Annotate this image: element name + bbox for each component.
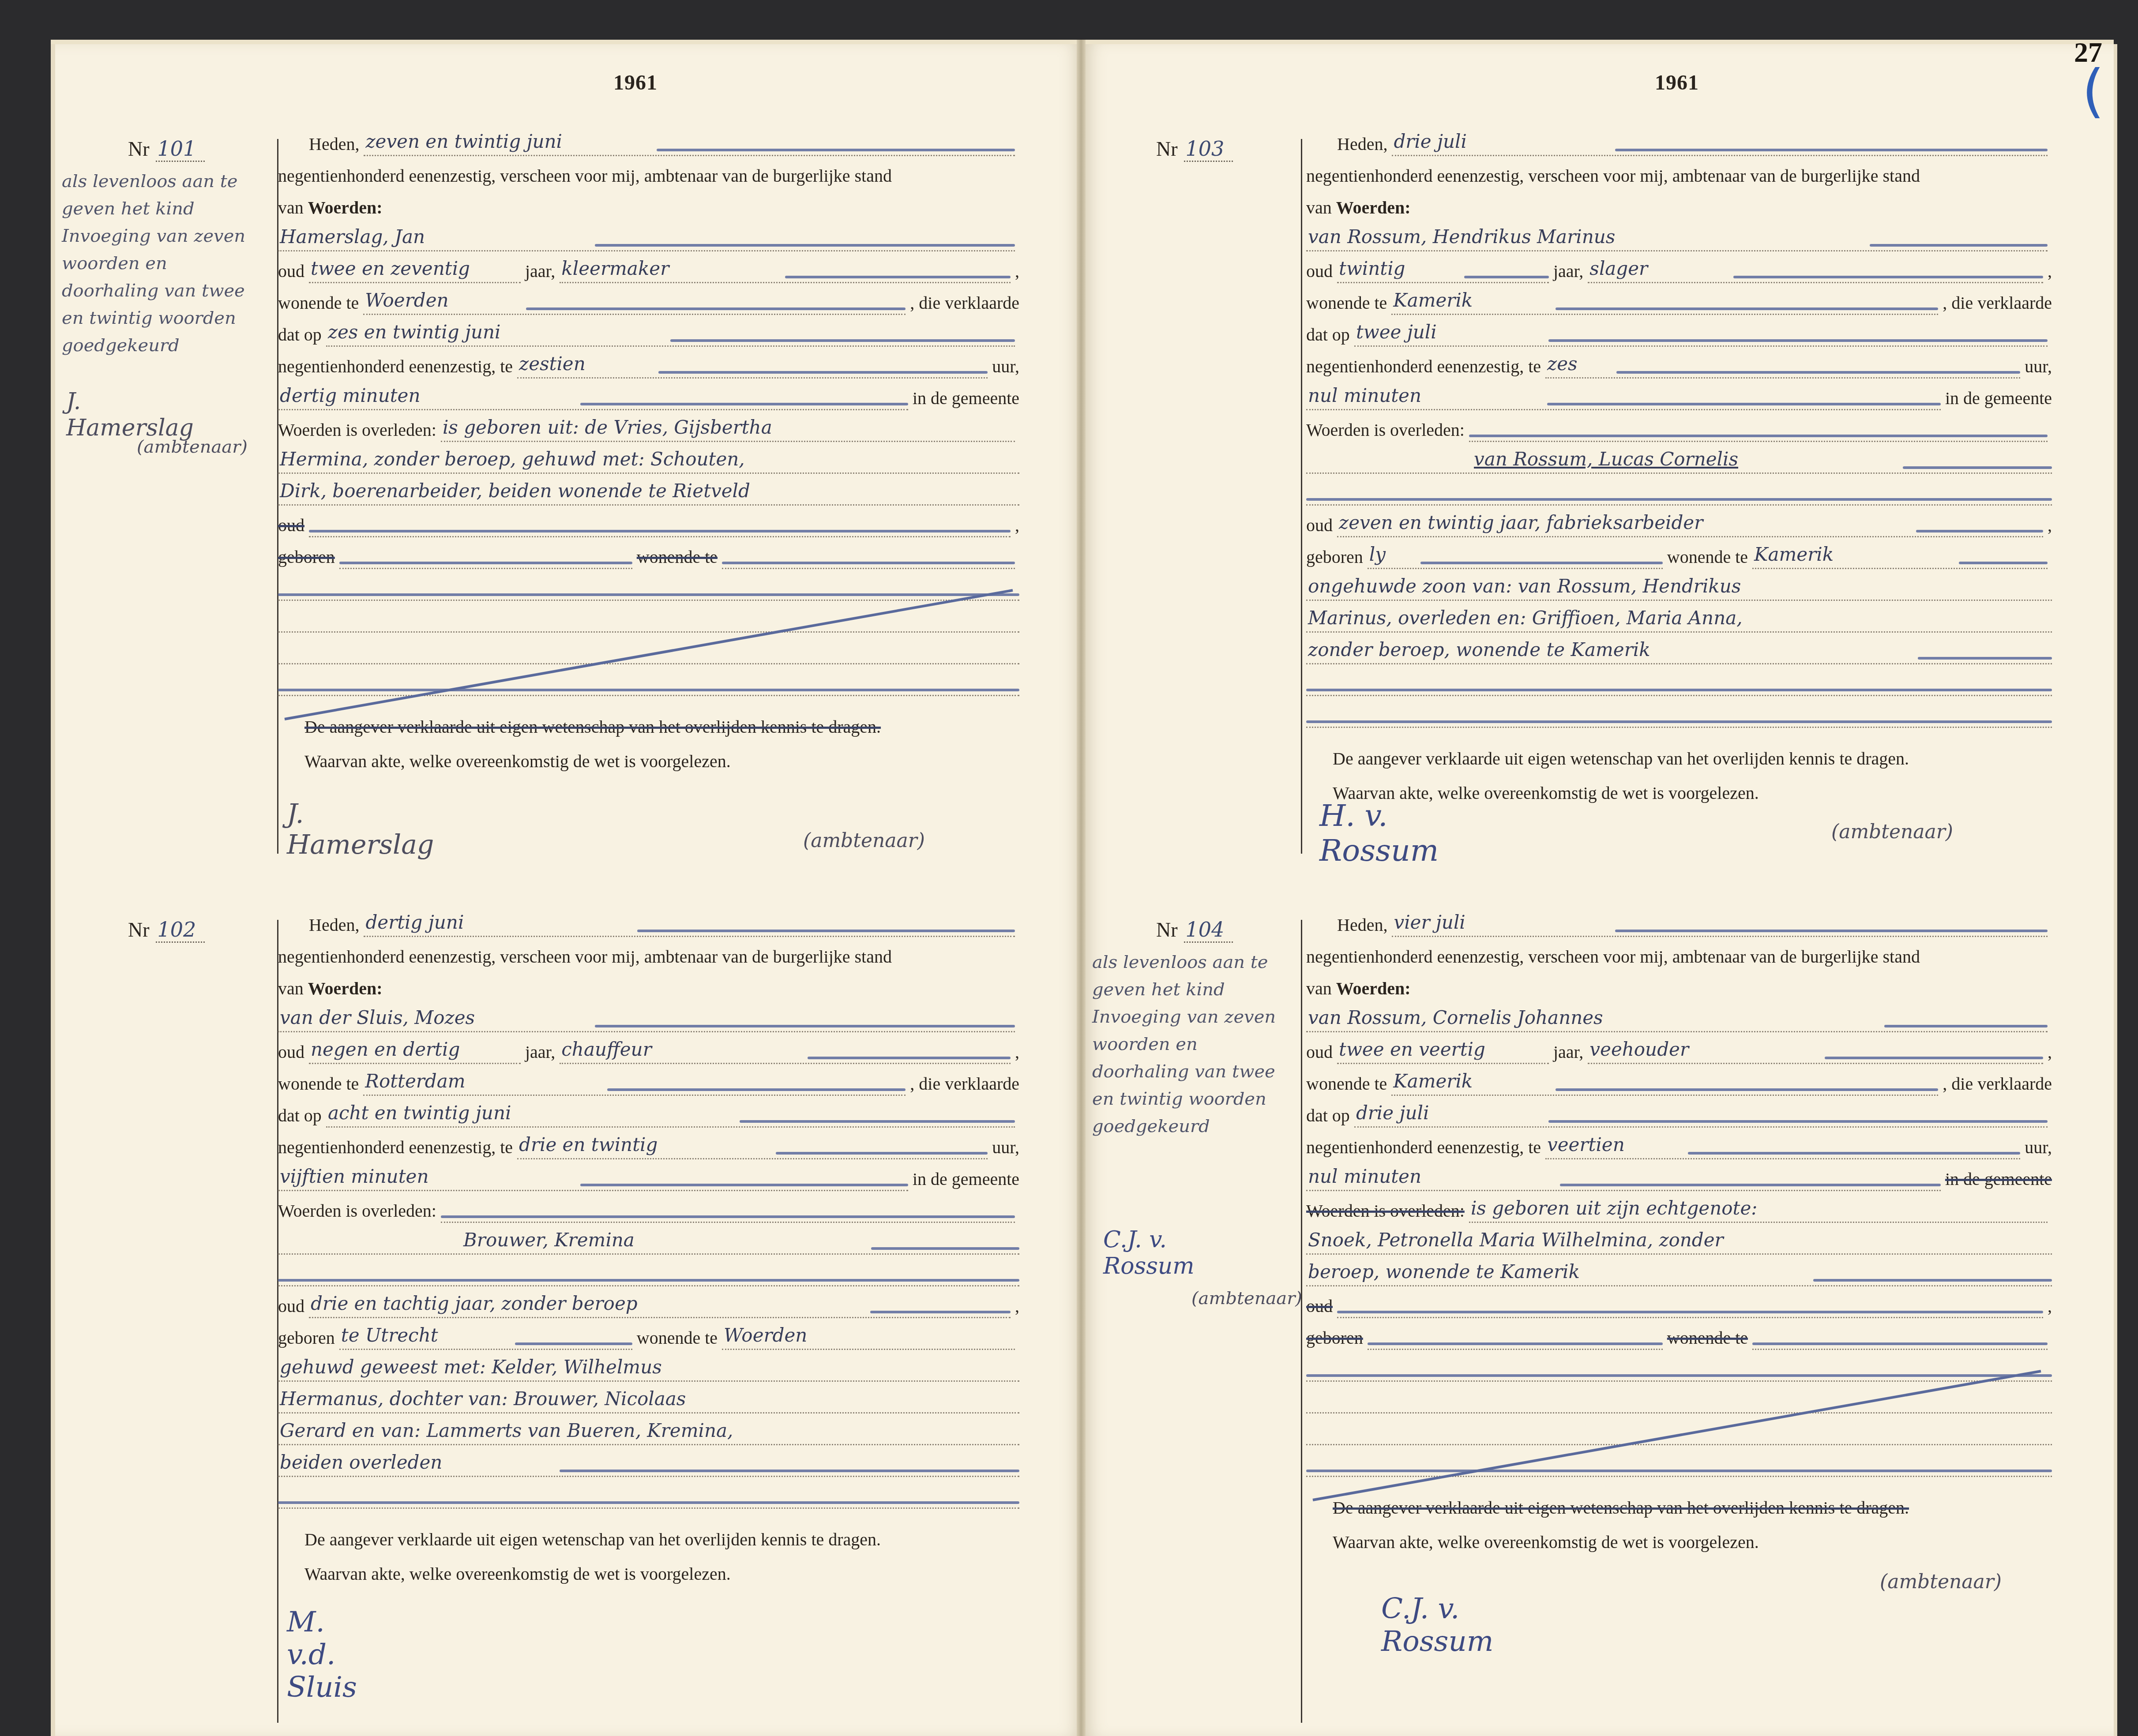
body-line: zonder beroep, wonende te Kamerik [1308,639,1650,660]
declarant-name: van der Sluis, Mozes [280,1007,475,1028]
declarant-name: van Rossum, Hendrikus Marinus [1308,226,1615,247]
declarant-residence: Woerden [365,289,448,311]
event-hour: zestien [519,353,586,375]
signature-declarant: C.J. v. Rossum [1381,1593,1493,1658]
date-of-declaration: dertig juni [365,911,464,933]
signature-declarant: M. v.d. Sluis [287,1606,357,1704]
blue-pencil-mark: ( [2082,57,2104,124]
record-number: Nr103 [1156,137,1233,161]
declarant-occupation: slager [1589,258,1648,279]
deceased-age-occupation: zeven en twintig jaar, fabrieksarbeider [1339,512,1703,533]
event-hour: veertien [1547,1134,1625,1155]
body-line: Hermina, zonder beroep, gehuwd met: Scho… [280,448,745,470]
event-minutes: dertig minuten [280,385,421,406]
body-line: beiden overleden [280,1451,442,1473]
record-number: Nr101 [128,137,205,161]
year-header-left: 1961 [613,71,658,95]
column-divider-103 [1301,139,1302,854]
body-line: Snoek, Petronella Maria Wilhelmina, zond… [1308,1229,1724,1251]
signature-declarant: H. v. Rossum [1319,799,1439,868]
event-hour: zes [1547,353,1578,375]
margin-signature-official: (ambtenaar) [1191,1288,1302,1309]
record-number-value: 102 [156,918,205,943]
declarant-age: twee en zeventig [311,258,470,279]
declarant-age: twee en veertig [1339,1039,1485,1060]
closing-statement: Waarvan akte, welke overeenkomstig de we… [304,1564,731,1584]
body-line: Marinus, overleden en: Griffioen, Maria … [1308,607,1743,629]
date-of-declaration: drie juli [1394,131,1467,152]
body-line: Dirk, boerenarbeider, beiden wonende te … [280,480,750,502]
declarant-occupation: veehouder [1589,1039,1689,1060]
declarant-age: negen en dertig [311,1039,460,1060]
declarant-residence: Kamerik [1393,1070,1473,1092]
event-date: zes en twintig juni [328,321,501,343]
column-divider-104 [1301,920,1302,1723]
form-body: Heden,drie juli negentienhonderd eenenze… [1306,124,2052,810]
event-hour: drie en twintig [519,1134,658,1155]
declarant-occupation: kleermaker [561,258,669,279]
declarant-residence: Rotterdam [365,1070,465,1092]
strike-diagonal [280,587,1022,728]
signature-official: (ambtenaar) [1831,821,1953,843]
deceased-details: is geboren uit zijn echtgenote: [1471,1197,1758,1219]
signature-declarant: J. Hamerslag [287,799,434,860]
body-line: Gerard en van: Lammerts van Bueren, Krem… [280,1420,733,1441]
declarant-residence: Kamerik [1393,289,1473,311]
record-number-value: 103 [1184,137,1233,162]
strike-diagonal [1308,1368,2054,1509]
body-line: ongehuwde zoon van: van Rossum, Hendriku… [1308,575,1741,597]
deceased-birthplace: ly [1369,544,1386,565]
book-spine [1077,40,1086,1736]
date-of-declaration: vier juli [1394,911,1465,933]
event-date: acht en twintig juni [328,1102,511,1124]
deceased-age-occupation: drie en tachtig jaar, zonder beroep [311,1293,638,1314]
margin-signature-declarant: J. Hamerslag [66,388,194,441]
record-number: Nr102 [128,918,205,941]
event-minutes: vijftien minuten [280,1166,428,1187]
year-header-right: 1961 [1655,71,1699,95]
deceased-name: van Rossum, Lucas Cornelis [1474,448,1738,470]
body-line: gehuwd geweest met: Kelder, Wilhelmus [280,1356,662,1378]
body-line: Hermanus, dochter van: Brouwer, Nicolaas [280,1388,686,1410]
margin-signature-declarant: C.J. v. Rossum [1103,1226,1195,1279]
declarant-name: van Rossum, Cornelis Johannes [1308,1007,1603,1028]
deceased-name: Brouwer, Kremina [463,1229,635,1251]
deceased-birthplace: te Utrecht [341,1324,438,1346]
record-number: Nr104 [1156,918,1233,941]
signature-official: (ambtenaar) [1880,1571,2002,1593]
record-number-value: 101 [156,137,205,162]
aangever-statement: De aangever verklaarde uit eigen wetensc… [304,1529,881,1550]
declarant-occupation: chauffeur [561,1039,651,1060]
body-line: beroep, wonende te Kamerik [1308,1261,1580,1282]
deceased-residence: Woerden [724,1324,807,1346]
event-minutes: nul minuten [1308,1166,1421,1187]
event-minutes: nul minuten [1308,385,1421,406]
closing-statement: Waarvan akte, welke overeenkomstig de we… [304,751,731,772]
event-date: drie juli [1356,1102,1429,1124]
closing-statement: Waarvan akte, welke overeenkomstig de we… [1333,1532,1759,1552]
margin-signature-official: (ambtenaar) [137,437,248,457]
declarant-age: twintig [1339,258,1405,279]
aangever-statement: De aangever verklaarde uit eigen wetensc… [1333,748,1909,769]
deceased-details: is geboren uit: de Vries, Gijsbertha [443,416,772,438]
record-number-value: 104 [1184,918,1233,943]
date-of-declaration: zeven en twintig juni [365,131,562,152]
declarant-name: Hamerslag, Jan [280,226,425,247]
deceased-residence: Kamerik [1754,544,1834,565]
margin-annotation: als levenloos aan te geven het kind Invo… [1092,949,1295,1140]
signature-official: (ambtenaar) [803,829,925,852]
form-body: Heden,dertig juni negentienhonderd eenen… [278,905,1019,1591]
event-date: twee juli [1356,321,1437,343]
margin-annotation: als levenloos aan te geven het kind Invo… [62,168,252,359]
